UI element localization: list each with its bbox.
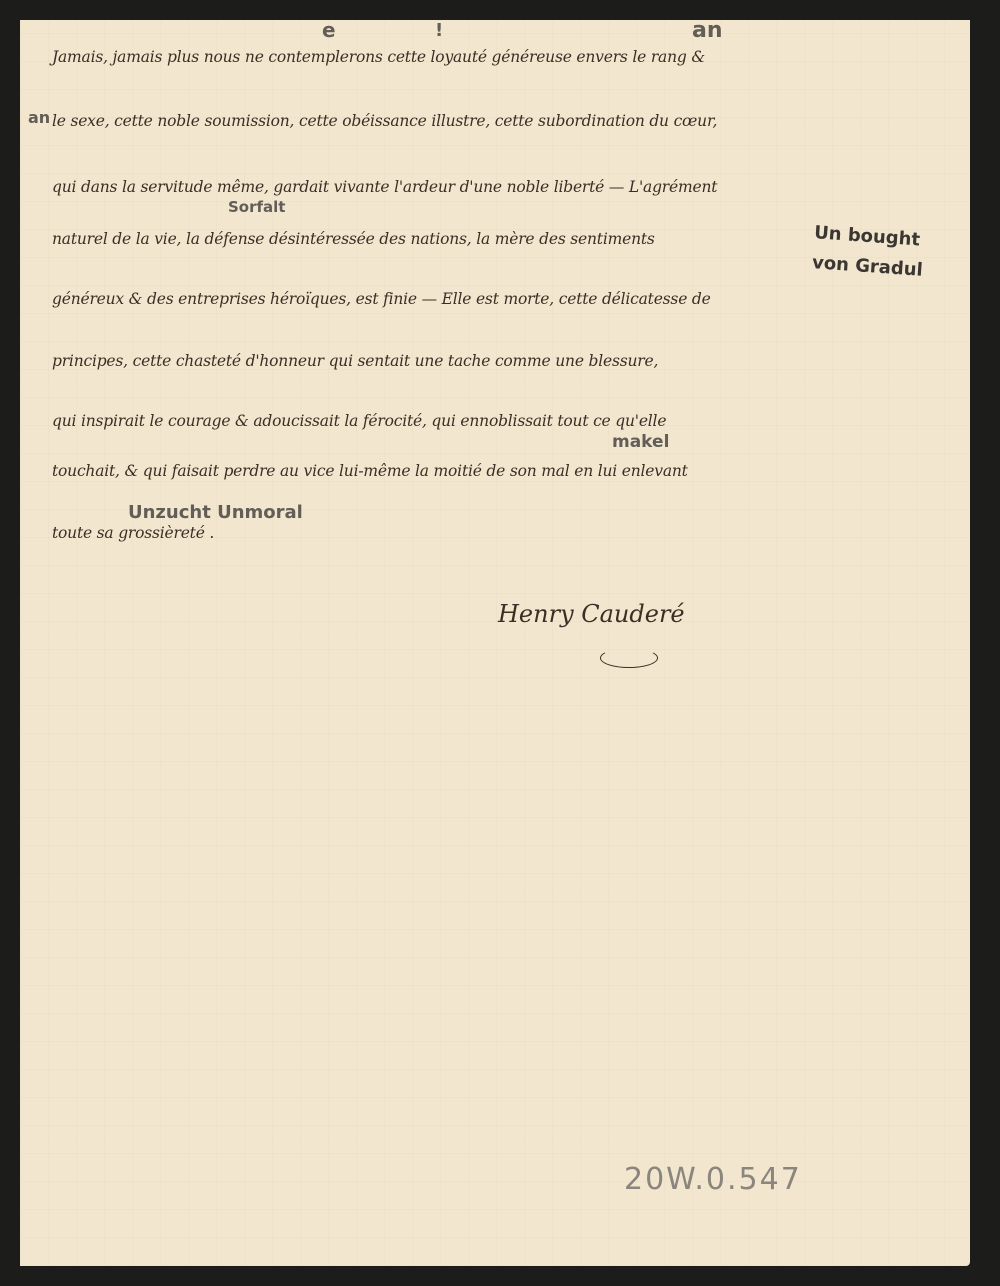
manuscript-page: e ! an Jamais, jamais plus nous ne conte… xyxy=(20,20,970,1266)
signature-flourish xyxy=(600,648,658,668)
manuscript-line-4: naturel de la vie, la défense désintéres… xyxy=(52,230,655,248)
manuscript-line-3: qui dans la servitude même, gardait viva… xyxy=(52,178,717,196)
margin-note: Un bought von Gradul xyxy=(811,218,926,286)
manuscript-line-7: qui inspirait le courage & adoucissait l… xyxy=(52,412,666,430)
catalog-number: 20W.0.547 xyxy=(624,1162,802,1197)
margin-note-line: von Gradul xyxy=(811,248,924,286)
manuscript-line-9: toute sa grossièreté . xyxy=(52,524,214,542)
pencil-annotation: an xyxy=(692,18,723,43)
manuscript-line-5: généreux & des entreprises héroïques, es… xyxy=(52,290,711,308)
pencil-annotation: Sorfalt xyxy=(228,198,285,216)
manuscript-line-6: principes, cette chasteté d'honneur qui … xyxy=(52,352,658,370)
pencil-annotation: ! xyxy=(435,20,443,41)
manuscript-line-2: le sexe, cette noble soumission, cette o… xyxy=(52,112,717,130)
pencil-annotation: Unzucht Unmoral xyxy=(128,502,303,523)
pencil-annotation: e xyxy=(322,18,336,42)
pencil-annotation: makel xyxy=(612,432,669,452)
pencil-annotation: an xyxy=(28,108,50,127)
signature: Henry Cauderé xyxy=(498,600,685,628)
manuscript-line-1: Jamais, jamais plus nous ne contempleron… xyxy=(52,48,705,66)
manuscript-line-8: touchait, & qui faisait perdre au vice l… xyxy=(52,462,688,480)
